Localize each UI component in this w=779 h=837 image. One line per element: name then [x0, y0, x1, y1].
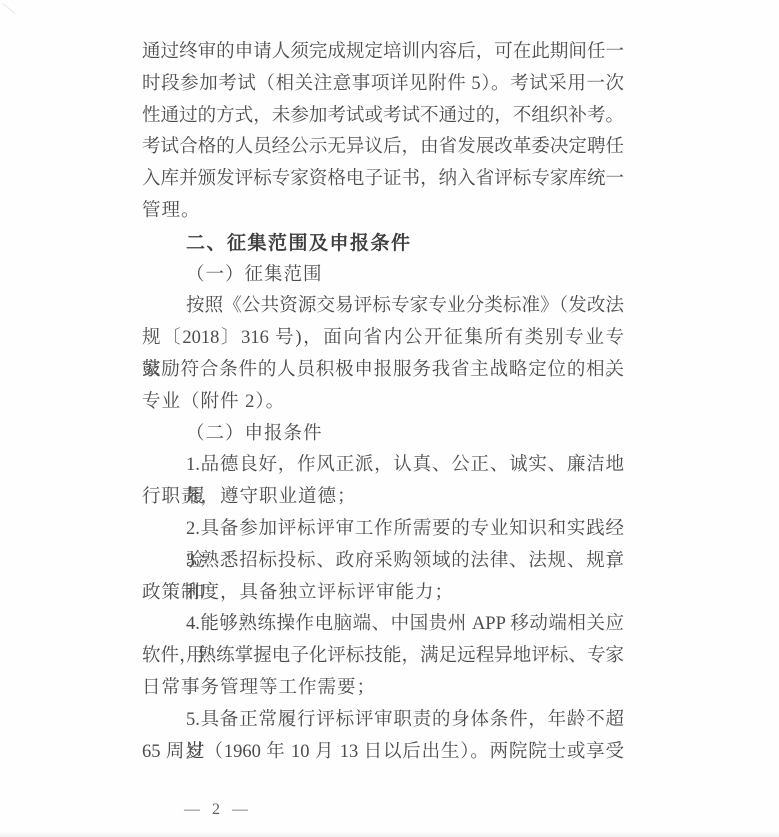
document-line: 考试合格的人员经公示无异议后，由省发展改革委决定聘任 [142, 132, 624, 164]
document-line: 软件，熟练掌握电子化评标技能，满足远程异地评标、专家 [142, 641, 624, 673]
page-number: — 2 — [184, 799, 252, 821]
document-line: 管理。 [142, 196, 624, 228]
document-line: 4.能够熟练操作电脑端、中国贵州 APP 移动端相关应用 [142, 609, 624, 641]
document-line: 时段参加考试（相关注意事项详见附件 5）。考试采用一次 [142, 69, 624, 101]
scan-bottom-shade [0, 831, 779, 837]
document-line: 行职责，遵守职业道德； [142, 482, 624, 514]
document-line: 性通过的方式，未参加考试或考试不通过的，不组织补考。 [142, 101, 624, 133]
document-line: 专业（附件 2）。 [142, 387, 624, 419]
document-line: 按照《公共资源交易评标专家专业分类标准》（发改法 [142, 291, 624, 323]
document-line: 鼓励符合条件的人员积极申报服务我省主战略定位的相关 [142, 355, 624, 387]
document-line: 2.具备参加评标评审工作所需要的专业知识和实践经验； [142, 514, 624, 546]
document-line: 3.熟悉招标投标、政府采购领域的法律、法规、规章和 [142, 546, 624, 578]
subsection-heading: （二）申报条件 [142, 419, 624, 451]
document-line: 1.品德良好，作风正派，认真、公正、诚实、廉洁地履 [142, 450, 624, 482]
section-heading: 二、征集范围及申报条件 [142, 228, 624, 260]
document-line: 政策制度，具备独立评标评审能力； [142, 578, 624, 610]
document-body: 通过终审的申请人须完成规定培训内容后，可在此期间任一 时段参加考试（相关注意事项… [142, 37, 624, 768]
document-line: 5.具备正常履行评标评审职责的身体条件，年龄不超过 [142, 705, 624, 737]
subsection-heading: （一）征集范围 [142, 260, 624, 292]
document-line: 规〔2018〕316 号)，面向省内公开征集所有类别专业专家。 [142, 323, 624, 355]
document-line: 通过终审的申请人须完成规定培训内容后，可在此期间任一 [142, 37, 624, 69]
document-line: 入库并颁发评标专家资格电子证书，纳入省评标专家库统一 [142, 164, 624, 196]
document-page: 通过终审的申请人须完成规定培训内容后，可在此期间任一 时段参加考试（相关注意事项… [0, 0, 779, 837]
document-line: 65 周岁（1960 年 10 月 13 日以后出生）。两院院士或享受 [142, 737, 624, 769]
document-line: 日常事务管理等工作需要； [142, 673, 624, 705]
scan-artifact [3, 3, 16, 14]
